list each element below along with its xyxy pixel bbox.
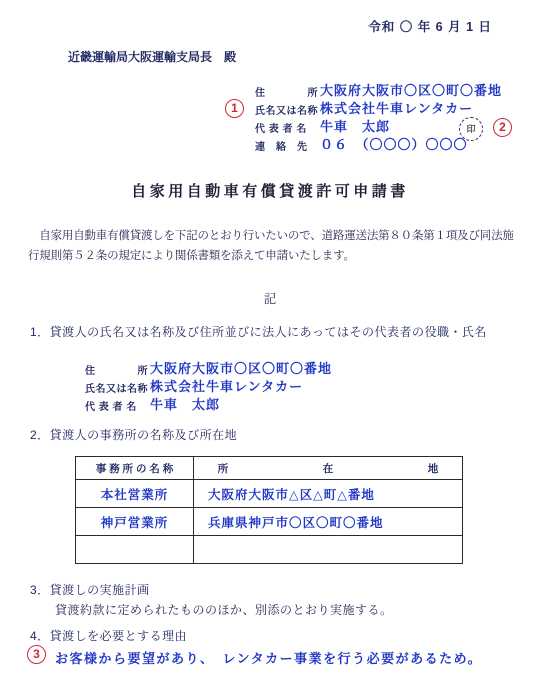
- seal-placeholder-icon: 印: [459, 117, 483, 141]
- lender-address-label: 住 所: [85, 362, 149, 377]
- table-row: 神戸営業所 兵庫県神戸市〇区〇町〇番地: [76, 508, 463, 536]
- applicant-contact-value: ０６ （〇〇〇）〇〇〇: [320, 134, 468, 153]
- lender-name-value: 株式会社牛車レンタカー: [150, 376, 303, 395]
- table-row: [76, 536, 463, 564]
- office-address-cell: 兵庫県神戸市〇区〇町〇番地: [194, 508, 463, 536]
- section4-body: お客様から要望があり、 レンタカー事業を行う必要があるため。: [55, 648, 482, 667]
- record-mark: 記: [0, 289, 540, 307]
- office-name-header: 事 務 所 の 名 称: [76, 457, 194, 480]
- addressee-line: 近畿運輸局大阪運輸支局長 殿: [68, 48, 236, 65]
- intro-paragraph: 自家用自動車有償貸渡しを下記のとおり行いたいので、道路運送法第８０条第１項及び同…: [28, 226, 518, 266]
- lender-representative-value: 牛車 太郎: [150, 394, 220, 413]
- application-form-document: 令和 〇 年 6 月 1 日 近畿運輸局大阪運輸支局長 殿 住 所 大阪府大阪市…: [0, 0, 540, 676]
- lender-name-label: 氏名又は名称: [85, 380, 149, 395]
- annotation-circle-1: 1: [225, 99, 244, 118]
- office-table: 事 務 所 の 名 称 所 在 地 本社営業所 大阪府大阪市△区△町△番地 神戸…: [75, 456, 463, 564]
- applicant-address-label: 住 所: [255, 84, 319, 99]
- annotation-circle-3: 3: [27, 645, 46, 664]
- applicant-address-value: 大阪府大阪市〇区〇町〇番地: [320, 80, 502, 99]
- document-title: 自家用自動車有償貸渡許可申請書: [0, 180, 540, 201]
- office-address-cell: 大阪府大阪市△区△町△番地: [194, 480, 463, 508]
- lender-representative-label: 代 表 者 名: [85, 398, 149, 413]
- section4-heading: 4．貸渡しを必要とする理由: [30, 627, 187, 644]
- applicant-name-value: 株式会社牛車レンタカー: [320, 98, 473, 117]
- applicant-name-label: 氏名又は名称: [255, 102, 319, 117]
- office-location-header: 所 在 地: [194, 457, 463, 480]
- office-name-cell: [76, 536, 194, 564]
- section1-heading: 1．貸渡人の氏名又は名称及び住所並びに法人にあってはその代表者の役職・氏名: [30, 323, 487, 340]
- applicant-representative-label: 代 表 者 名: [255, 120, 319, 135]
- lender-address-value: 大阪府大阪市〇区〇町〇番地: [150, 358, 332, 377]
- annotation-circle-2: 2: [493, 118, 512, 137]
- section3-body: 貸渡約款に定められたもののほか、別添のとおり実施する。: [55, 601, 393, 618]
- table-row: 本社営業所 大阪府大阪市△区△町△番地: [76, 480, 463, 508]
- applicant-contact-label: 連 絡 先: [255, 138, 319, 153]
- office-name-cell: 本社営業所: [76, 480, 194, 508]
- document-date: 令和 〇 年 6 月 1 日: [368, 17, 492, 35]
- section2-heading: 2．貸渡人の事務所の名称及び所在地: [30, 426, 237, 443]
- office-name-cell: 神戸営業所: [76, 508, 194, 536]
- office-address-cell: [194, 536, 463, 564]
- section3-heading: 3．貸渡しの実施計画: [30, 581, 150, 598]
- office-table-header-row: 事 務 所 の 名 称 所 在 地: [76, 457, 463, 480]
- applicant-representative-value: 牛車 太郎: [320, 116, 390, 135]
